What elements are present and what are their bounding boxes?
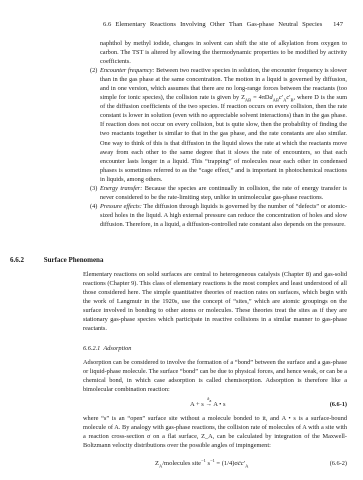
list-item-encounter-frequency: (2) Encounter frequency: Between two rea… [83,66,347,184]
subsection-paragraph-1: Adsorption can be considered to involve … [83,358,347,394]
item-number: (4) [90,202,97,211]
reaction-arrow: →ka [205,401,212,408]
equation-label-6-6-2: (6.6-2) [330,460,347,467]
item-title: Energy transfer: [100,185,142,192]
subsection-number: 6.6.2.1 [83,345,100,352]
subsection-heading: 6.6.2.1 Adsorption [83,345,131,352]
section-title: Surface Phenomena [44,256,104,264]
item-title: Encounter frequency: [100,67,155,74]
equation-rhs: (1/4)σc̄c′A [222,460,249,467]
item-number: (3) [90,184,97,193]
list-item-energy-transfer: (3) Energy transfer: Because the species… [83,184,347,202]
page-number: 147 [333,21,343,28]
equation-label-6-6-1: (6.6-1) [330,401,347,408]
list-item-pressure-effects: (4) Pressure effects: The diffusion thro… [83,202,347,229]
running-title: 6.6 Elementary Reactions Involving Other… [103,21,322,28]
item-number: (2) [90,66,97,75]
section-number: 6.6.2 [10,256,42,264]
item-text-continued: , where D is the sum of the diffusion co… [100,94,347,182]
collision-rate-formula: ZAB = 4πDdABc′Ac′B [241,94,293,101]
equation-lhs: A + s [190,401,204,408]
running-header: 6.6 Elementary Reactions Involving Other… [103,21,343,28]
equation-rhs: A • s [213,401,225,408]
section-heading: 6.6.2 Surface Phenomena [10,256,103,264]
equation-6-6-1: A + s →ka A • s [190,401,226,408]
intro-continuation: naphthol by methyl iodide, changes in so… [83,39,347,66]
subsection-paragraph-2: where “s” is an “open” surface site with… [83,414,347,450]
section-paragraph: Elementary reactions on solid surfaces a… [83,270,347,333]
upper-text-column: naphthol by methyl iodide, changes in so… [83,39,347,229]
equation-6-6-2: ZA/molecules site−1 s−1 = (1/4)σc̄c′A [155,460,248,467]
equation-lhs: ZA/molecules site−1 s−1 [155,460,215,467]
item-title: Pressure effects: [100,203,142,210]
subsection-title: Adsorption [103,345,131,352]
